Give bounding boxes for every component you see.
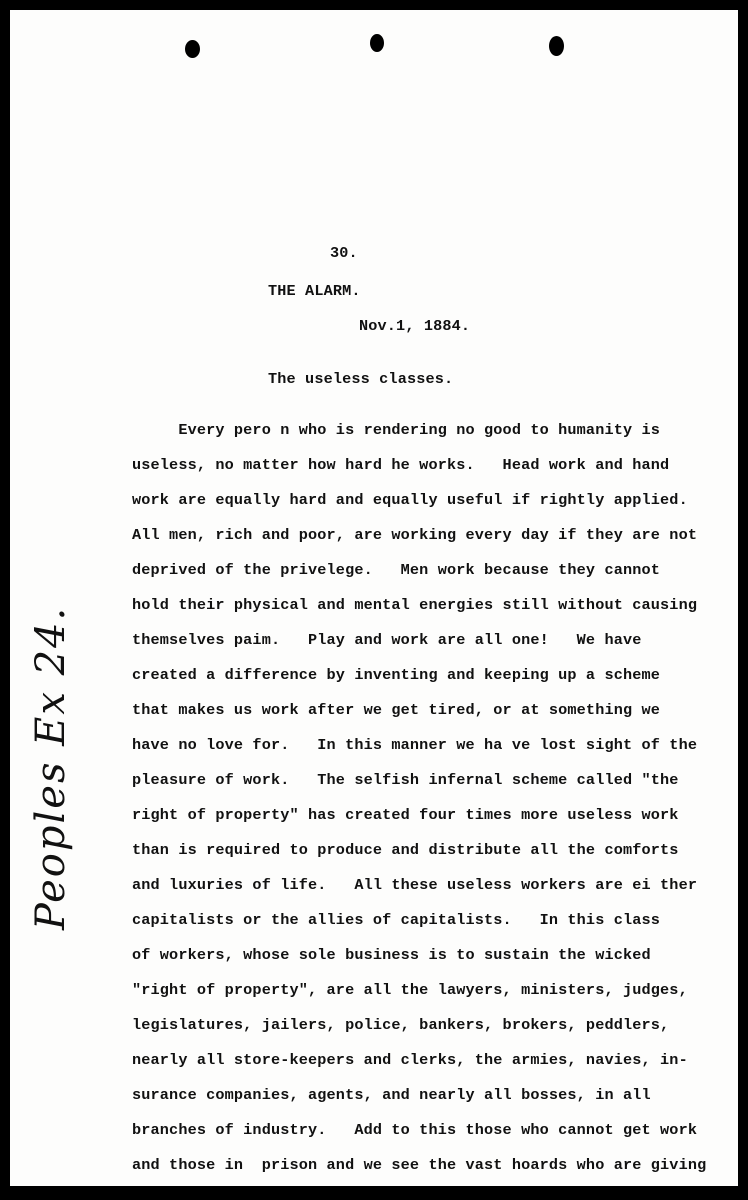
body-line: that makes us work after we get tired, o… <box>132 701 660 719</box>
article-title: The useless classes. <box>268 370 453 388</box>
body-line: branches of industry. Add to this those … <box>132 1121 697 1139</box>
body-line: surance companies, agents, and nearly al… <box>132 1086 651 1104</box>
body-line: created a difference by inventing and ke… <box>132 666 660 684</box>
body-line: pleasure of work. The selfish infernal s… <box>132 771 679 789</box>
body-line: useless, no matter how hard he works. He… <box>132 456 669 474</box>
punch-hole-center <box>370 34 384 52</box>
body-line: legislatures, jailers, police, bankers, … <box>132 1016 669 1034</box>
publication-title: THE ALARM. <box>268 282 361 300</box>
body-line: Every pero n who is rendering no good to… <box>132 421 660 439</box>
body-line: deprived of the privelege. Men work beca… <box>132 561 660 579</box>
body-line: All men, rich and poor, are working ever… <box>132 526 697 544</box>
page-number: 30. <box>330 244 358 262</box>
body-line: right of property" has created four time… <box>132 806 679 824</box>
body-line: capitalists or the allies of capitalists… <box>132 911 660 929</box>
publication-date: Nov.1, 1884. <box>359 317 470 335</box>
body-line: hold their physical and mental energies … <box>132 596 697 614</box>
body-line: and luxuries of life. All these useless … <box>132 876 697 894</box>
body-line: nearly all store-keepers and clerks, the… <box>132 1051 688 1069</box>
body-line: themselves paim. Play and work are all o… <box>132 631 642 649</box>
punch-hole-left <box>185 40 200 58</box>
body-line: "right of property", are all the lawyers… <box>132 981 688 999</box>
punch-hole-right <box>549 36 564 56</box>
body-line: have no love for. In this manner we ha v… <box>132 736 697 754</box>
document-page: 30. THE ALARM. Nov.1, 1884. The useless … <box>10 10 738 1186</box>
body-line: and those in prison and we see the vast … <box>132 1156 706 1174</box>
body-line: work are equally hard and equally useful… <box>132 491 688 509</box>
body-line: than is required to produce and distribu… <box>132 841 679 859</box>
handwritten-exhibit-annotation: Peoples Ex 24. <box>28 690 88 930</box>
body-line: of workers, whose sole business is to su… <box>132 946 651 964</box>
